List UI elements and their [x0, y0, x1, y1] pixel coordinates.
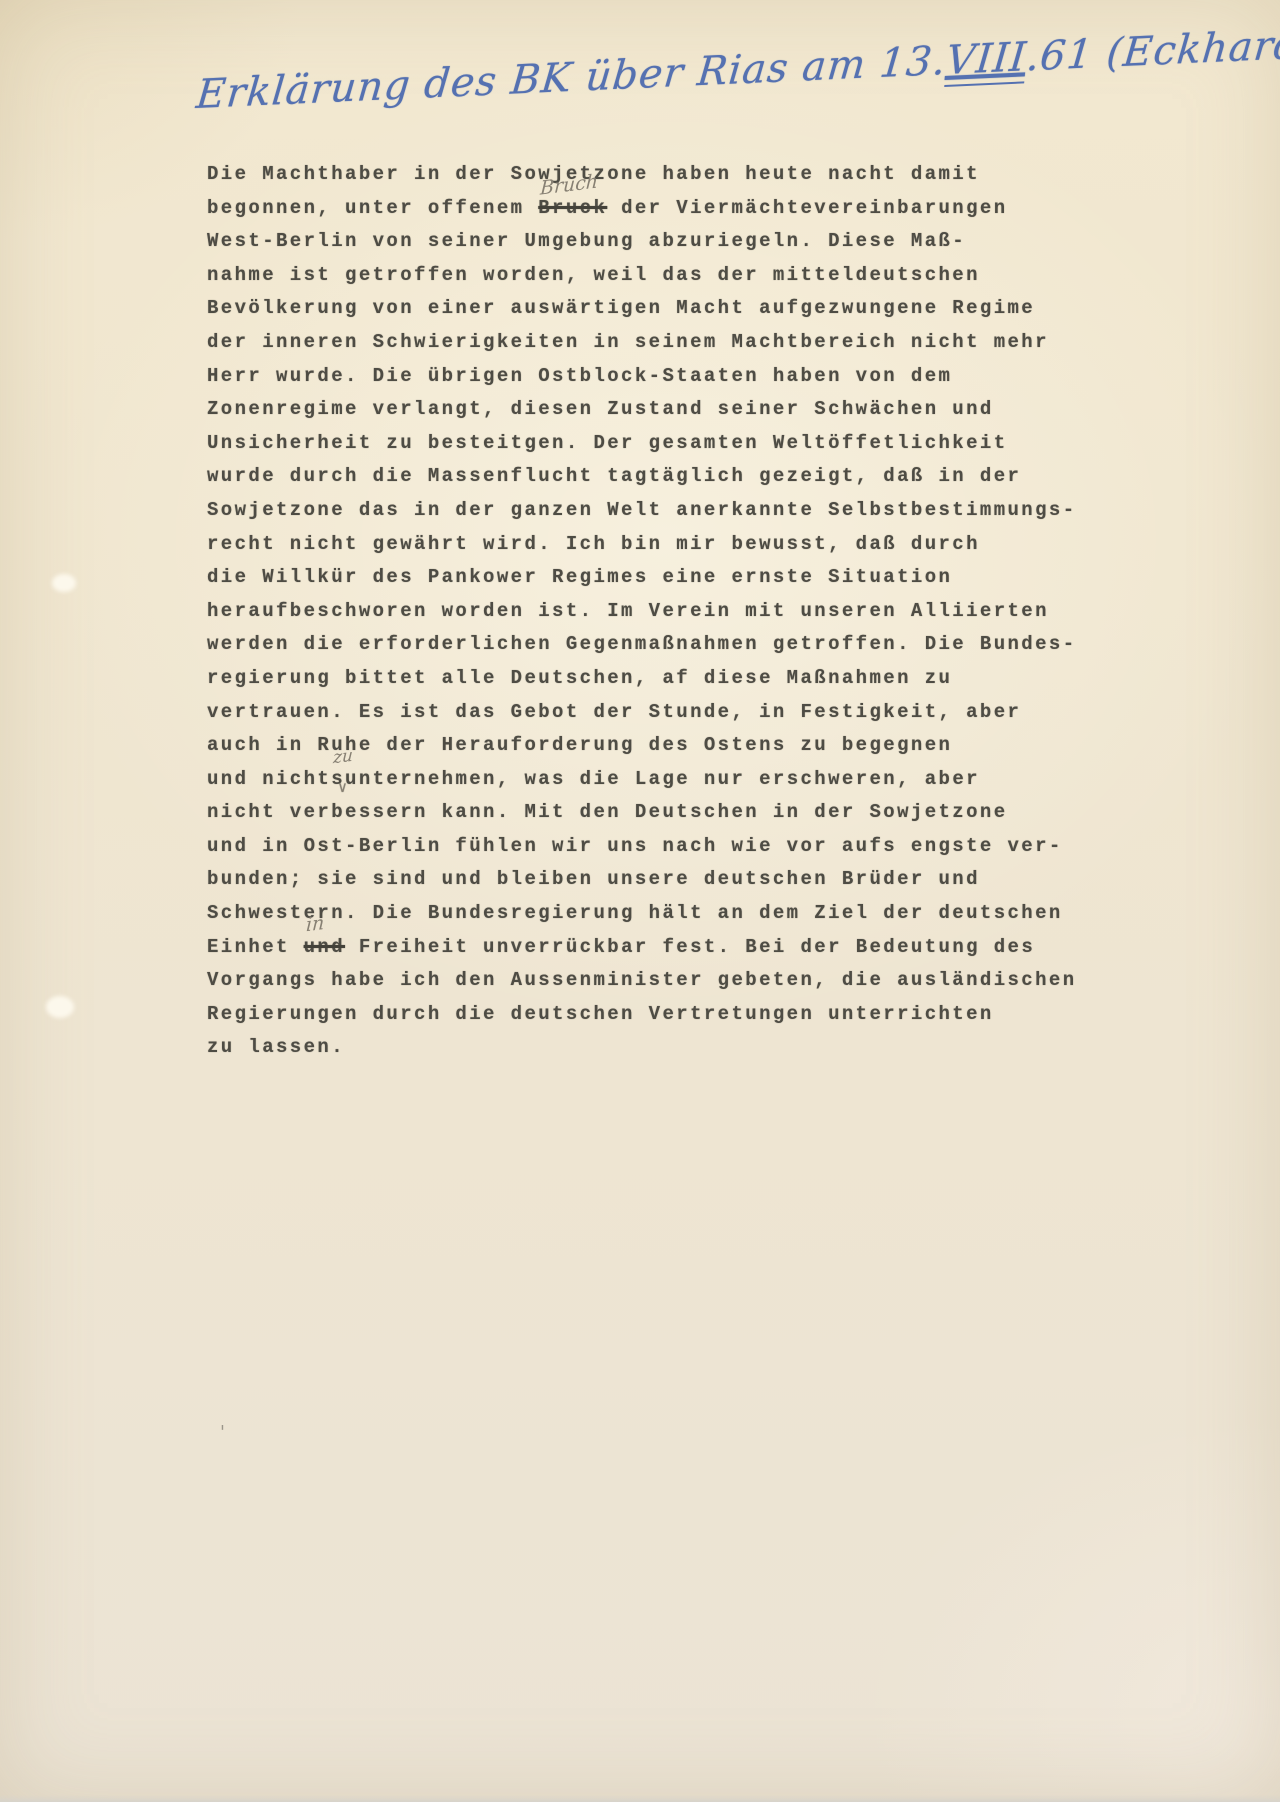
- body-text-segment: zu lassen.: [207, 1036, 345, 1058]
- text-line: bunden; sie sind und bleiben unsere deut…: [207, 863, 1127, 897]
- handwritten-title-text: Erklärung des BK über Rias am 13.: [194, 38, 948, 118]
- body-text-segment: Unsicherheit zu besteitgen. Der gesamten…: [207, 432, 1008, 454]
- handwritten-correction: Bruch: [540, 172, 599, 198]
- text-line: und nichtszuunternehmen, was die Lage nu…: [207, 763, 1127, 797]
- body-text-segment: werden die erforderlichen Gegenmaßnahmen…: [207, 633, 1077, 655]
- struck-word: undin: [304, 936, 345, 958]
- body-text-segment: regierung bittet alle Deutschen, af dies…: [207, 667, 952, 689]
- text-line: West-Berlin von seiner Umgebung abzurieg…: [207, 225, 1127, 259]
- text-line: die Willkür des Pankower Regimes eine er…: [207, 561, 1127, 595]
- text-line: zu lassen.: [207, 1031, 1127, 1065]
- body-text-segment: und in Ost-Berlin fühlen wir uns nach wi…: [207, 835, 1063, 857]
- text-line: Bevölkerung von einer auswärtigen Macht …: [207, 292, 1127, 326]
- stray-pen-mark: ': [220, 1422, 225, 1443]
- text-line: begonnen, unter offenem BruckBruch der V…: [207, 192, 1127, 226]
- handwritten-title: Erklärung des BK über Rias am 13.VIII.61…: [194, 32, 1077, 118]
- text-line: Sowjetzone das in der ganzen Welt anerka…: [207, 494, 1127, 528]
- paper-flaw-spot: [52, 574, 76, 592]
- text-line: wurde durch die Massenflucht tagtäglich …: [207, 460, 1127, 494]
- text-line: heraufbeschworen worden ist. Im Verein m…: [207, 595, 1127, 629]
- body-text-segment: Vorgangs habe ich den Aussenminister geb…: [207, 969, 1077, 991]
- text-line: Einhet undin Freiheit unverrückbar fest.…: [207, 931, 1127, 965]
- body-text-segment: vertrauen. Es ist das Gebot der Stunde, …: [207, 701, 1021, 723]
- body-text-segment: der inneren Schwierigkeiten in seinem Ma…: [207, 331, 1049, 353]
- paper-flaw-spot: [46, 996, 74, 1018]
- text-line: Regierungen durch die deutschen Vertretu…: [207, 998, 1127, 1032]
- body-text-segment: nahme ist getroffen worden, weil das der…: [207, 264, 980, 286]
- body-text-segment: heraufbeschworen worden ist. Im Verein m…: [207, 600, 1049, 622]
- photo-bottom-edge: [0, 1795, 1280, 1802]
- body-text-segment: recht nicht gewährt wird. Ich bin mir be…: [207, 533, 980, 555]
- body-text-segment: nicht verbessern kann. Mit den Deutschen…: [207, 801, 1008, 823]
- text-line: nahme ist getroffen worden, weil das der…: [207, 259, 1127, 293]
- body-text-segment: Einhet: [207, 936, 304, 958]
- text-line: Die Machthaber in der Sowjetzone haben h…: [207, 158, 1127, 192]
- handwritten-correction: zu: [333, 747, 354, 767]
- body-text-segment: der Viermächtevereinbarungen: [607, 197, 1007, 219]
- body-text-segment: Freiheit unverrückbar fest. Bei der Bede…: [345, 936, 1035, 958]
- text-line: der inneren Schwierigkeiten in seinem Ma…: [207, 326, 1127, 360]
- body-text-segment: Bevölkerung von einer auswärtigen Macht …: [207, 297, 1035, 319]
- typewritten-body: Die Machthaber in der Sowjetzone haben h…: [207, 158, 1127, 1065]
- body-text-segment: Sowjetzone das in der ganzen Welt anerka…: [207, 499, 1077, 521]
- text-line: nicht verbessern kann. Mit den Deutschen…: [207, 796, 1127, 830]
- text-line: regierung bittet alle Deutschen, af dies…: [207, 662, 1127, 696]
- handwritten-correction: in: [305, 913, 324, 935]
- struck-word: BruckBruch: [538, 197, 607, 219]
- body-text-segment: Schwestern. Die Bundesregierung hält an …: [207, 902, 1063, 924]
- body-text-segment: begonnen, unter offenem: [207, 197, 538, 219]
- body-text-segment: West-Berlin von seiner Umgebung abzurieg…: [207, 230, 966, 252]
- body-text-segment: auch in Ruhe der Herauforderung des Oste…: [207, 734, 952, 756]
- text-line: Zonenregime verlangt, diesen Zustand sei…: [207, 393, 1127, 427]
- body-text-segment: Zonenregime verlangt, diesen Zustand sei…: [207, 398, 994, 420]
- text-line: Vorgangs habe ich den Aussenminister geb…: [207, 964, 1127, 998]
- text-line: Herr wurde. Die übrigen Ostblock-Staaten…: [207, 360, 1127, 394]
- text-line: Schwestern. Die Bundesregierung hält an …: [207, 897, 1127, 931]
- handwritten-date-roman: VIII: [944, 34, 1029, 87]
- text-line: vertrauen. Es ist das Gebot der Stunde, …: [207, 696, 1127, 730]
- body-text-segment: unternehmen, was die Lage nur erschweren…: [345, 768, 980, 790]
- document-page: Erklärung des BK über Rias am 13.VIII.61…: [0, 0, 1280, 1802]
- body-text-segment: und nichts: [207, 768, 345, 790]
- handwritten-title-suffix: .61 (Eckhardt): [1024, 20, 1280, 80]
- text-line: und in Ost-Berlin fühlen wir uns nach wi…: [207, 830, 1127, 864]
- text-line: recht nicht gewährt wird. Ich bin mir be…: [207, 528, 1127, 562]
- body-text-segment: bunden; sie sind und bleiben unsere deut…: [207, 868, 980, 890]
- text-line: werden die erforderlichen Gegenmaßnahmen…: [207, 628, 1127, 662]
- text-line: Unsicherheit zu besteitgen. Der gesamten…: [207, 427, 1127, 461]
- body-text-segment: die Willkür des Pankower Regimes eine er…: [207, 566, 952, 588]
- body-text-segment: Herr wurde. Die übrigen Ostblock-Staaten…: [207, 365, 952, 387]
- body-text-segment: Regierungen durch die deutschen Vertretu…: [207, 1003, 994, 1025]
- body-text-segment: wurde durch die Massenflucht tagtäglich …: [207, 465, 1021, 487]
